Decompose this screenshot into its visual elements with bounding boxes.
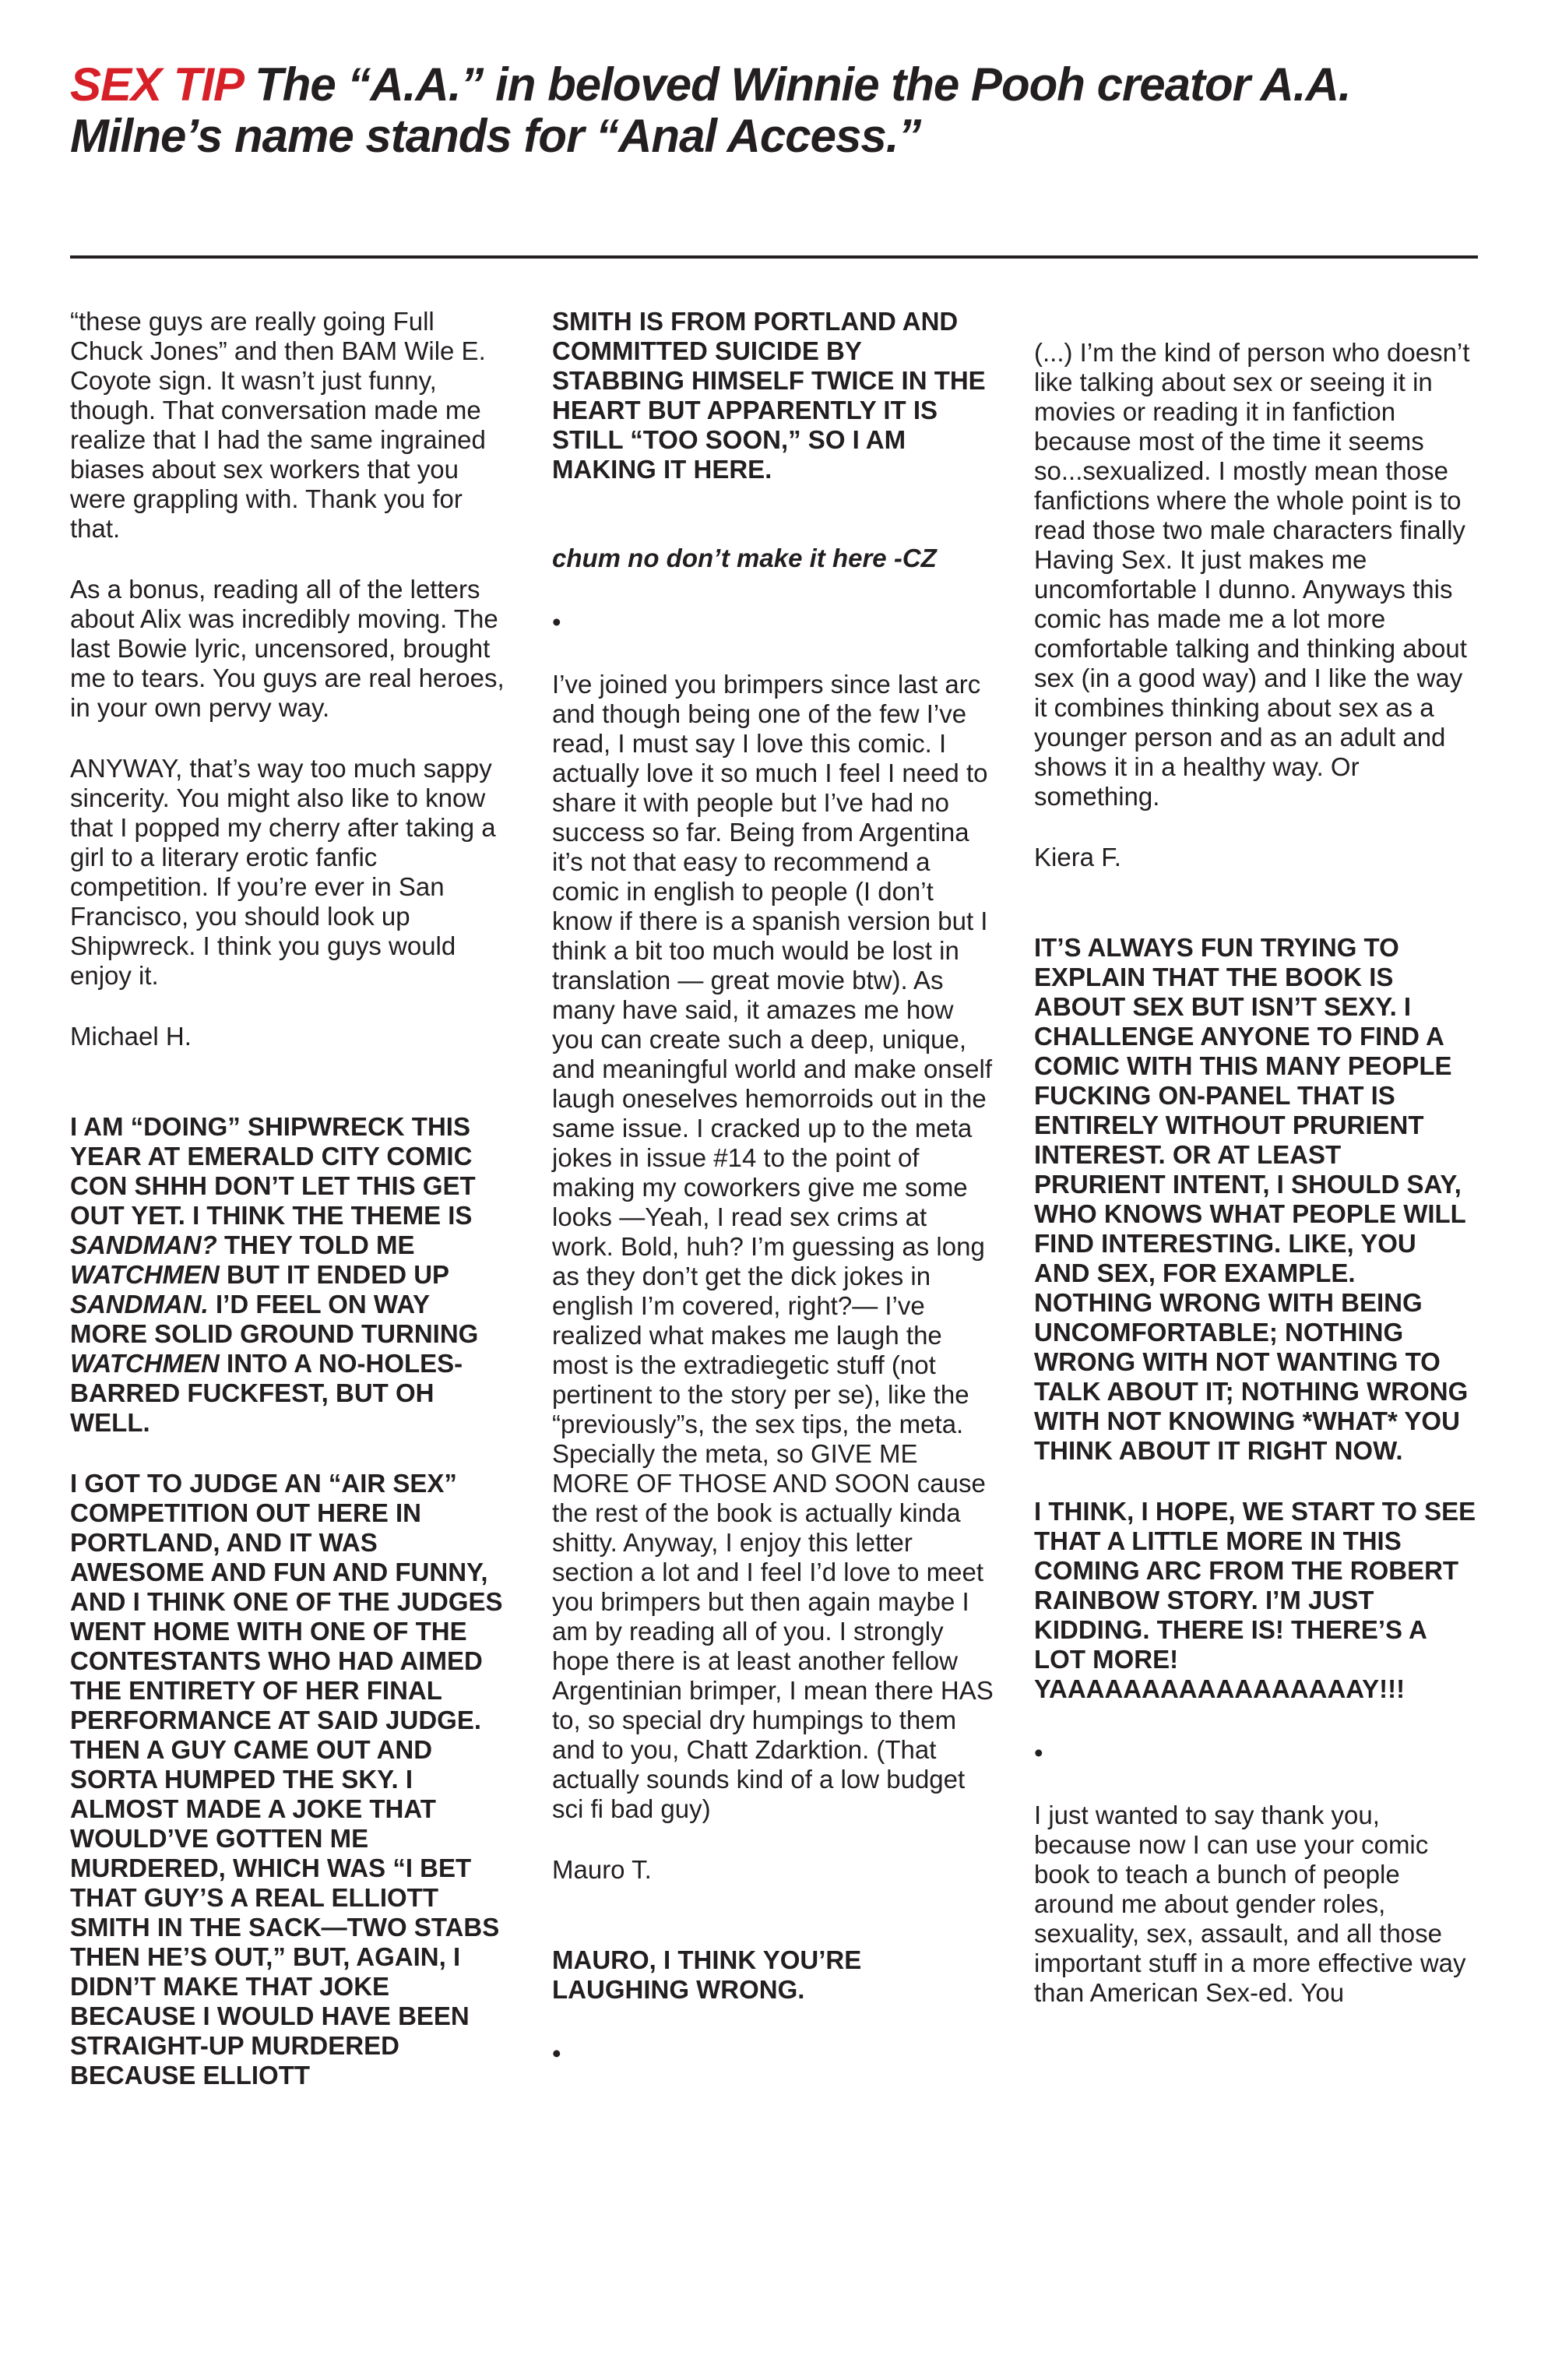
text-run: I just wanted to say thank you, because … (1034, 1801, 1466, 2007)
editor-reply: chum no don’t make it here -CZ (552, 544, 995, 573)
section-separator: • (552, 607, 995, 637)
letter-paragraph-bold: I THINK, I HOPE, WE START TO SEE THAT A … (1034, 1497, 1477, 1704)
letter-paragraph-bold: IT’S ALWAYS FUN TRYING TO EXPLAIN THAT T… (1034, 933, 1477, 1466)
letter-signature: Kiera F. (1034, 843, 1477, 872)
text-run: Mauro T. (552, 1855, 652, 1884)
text-run: I THINK, I HOPE, WE START TO SEE THAT A … (1034, 1497, 1476, 1703)
italic-title-run: SANDMAN? (70, 1230, 217, 1259)
section-separator: • (552, 2039, 995, 2068)
letters-column-3: (...) I’m the kind of person who doesn’t… (1034, 307, 1477, 2039)
letter-paragraph-bold: SMITH IS FROM PORTLAND AND COMMITTED SUI… (552, 307, 995, 484)
text-run: I AM “DOING” SHIPWRECK THIS YEAR AT EMER… (70, 1112, 476, 1230)
letter-paragraph: I’ve joined you brimpers since last arc … (552, 670, 995, 1824)
text-run: ANYWAY, that’s way too much sappy sincer… (70, 754, 496, 990)
divider-rule (70, 255, 1478, 259)
text-run: SMITH IS FROM PORTLAND AND COMMITTED SUI… (552, 307, 986, 484)
sex-tip-headline: SEX TIPThe “A.A.” in beloved Winnie the … (70, 59, 1378, 162)
page-content: SEX TIPThe “A.A.” in beloved Winnie the … (0, 0, 1548, 2121)
letter-signature: Michael H. (70, 1022, 513, 1051)
text-run: • (552, 607, 561, 636)
italic-title-run: SANDMAN. (70, 1290, 209, 1319)
text-run: As a bonus, reading all of the letters a… (70, 575, 505, 722)
section-separator: • (1034, 1738, 1477, 1768)
letters-column-1: “these guys are really going Full Chuck … (70, 307, 513, 2121)
text-run: Michael H. (70, 1022, 192, 1051)
letter-signature: Mauro T. (552, 1855, 995, 1885)
text-run: MAURO, I THINK YOU’RE LAUGHING WRONG. (552, 1945, 861, 2004)
text-run: chum no don’t make it here -CZ (552, 544, 937, 572)
text-run: (...) I’m the kind of person who doesn’t… (1034, 338, 1469, 811)
letter-paragraph: “these guys are really going Full Chuck … (70, 307, 513, 544)
text-run: IT’S ALWAYS FUN TRYING TO EXPLAIN THAT T… (1034, 933, 1468, 1465)
letter-paragraph-bold: I GOT TO JUDGE AN “AIR SEX” COMPETITION … (70, 1469, 513, 2090)
letter-paragraph: As a bonus, reading all of the letters a… (70, 575, 513, 723)
letters-columns: “these guys are really going Full Chuck … (70, 307, 1478, 2121)
letter-paragraph-bold: I AM “DOING” SHIPWRECK THIS YEAR AT EMER… (70, 1112, 513, 1438)
letter-paragraph-bold: MAURO, I THINK YOU’RE LAUGHING WRONG. (552, 1945, 995, 2005)
text-run: I’ve joined you brimpers since last arc … (552, 670, 994, 1823)
letter-paragraph: ANYWAY, that’s way too much sappy sincer… (70, 754, 513, 991)
text-run: I GOT TO JUDGE AN “AIR SEX” COMPETITION … (70, 1469, 503, 2090)
letters-page: SEX TIPThe “A.A.” in beloved Winnie the … (0, 0, 1548, 2380)
text-run: THEY TOLD ME (217, 1230, 415, 1259)
text-run: • (1034, 1738, 1043, 1767)
text-run: “these guys are really going Full Chuck … (70, 307, 486, 543)
letters-column-2: SMITH IS FROM PORTLAND AND COMMITTED SUI… (552, 307, 995, 2101)
sex-tip-text: The “A.A.” in beloved Winnie the Pooh cr… (70, 58, 1350, 162)
italic-title-run: WATCHMEN (70, 1349, 220, 1378)
text-run: • (552, 2039, 561, 2068)
text-run: Kiera F. (1034, 843, 1121, 871)
sex-tip-label: SEX TIP (70, 58, 255, 111)
letter-paragraph: I just wanted to say thank you, because … (1034, 1801, 1477, 2008)
letter-paragraph: (...) I’m the kind of person who doesn’t… (1034, 338, 1477, 812)
text-run: BUT IT ENDED UP (220, 1260, 449, 1289)
italic-title-run: WATCHMEN (70, 1260, 220, 1289)
